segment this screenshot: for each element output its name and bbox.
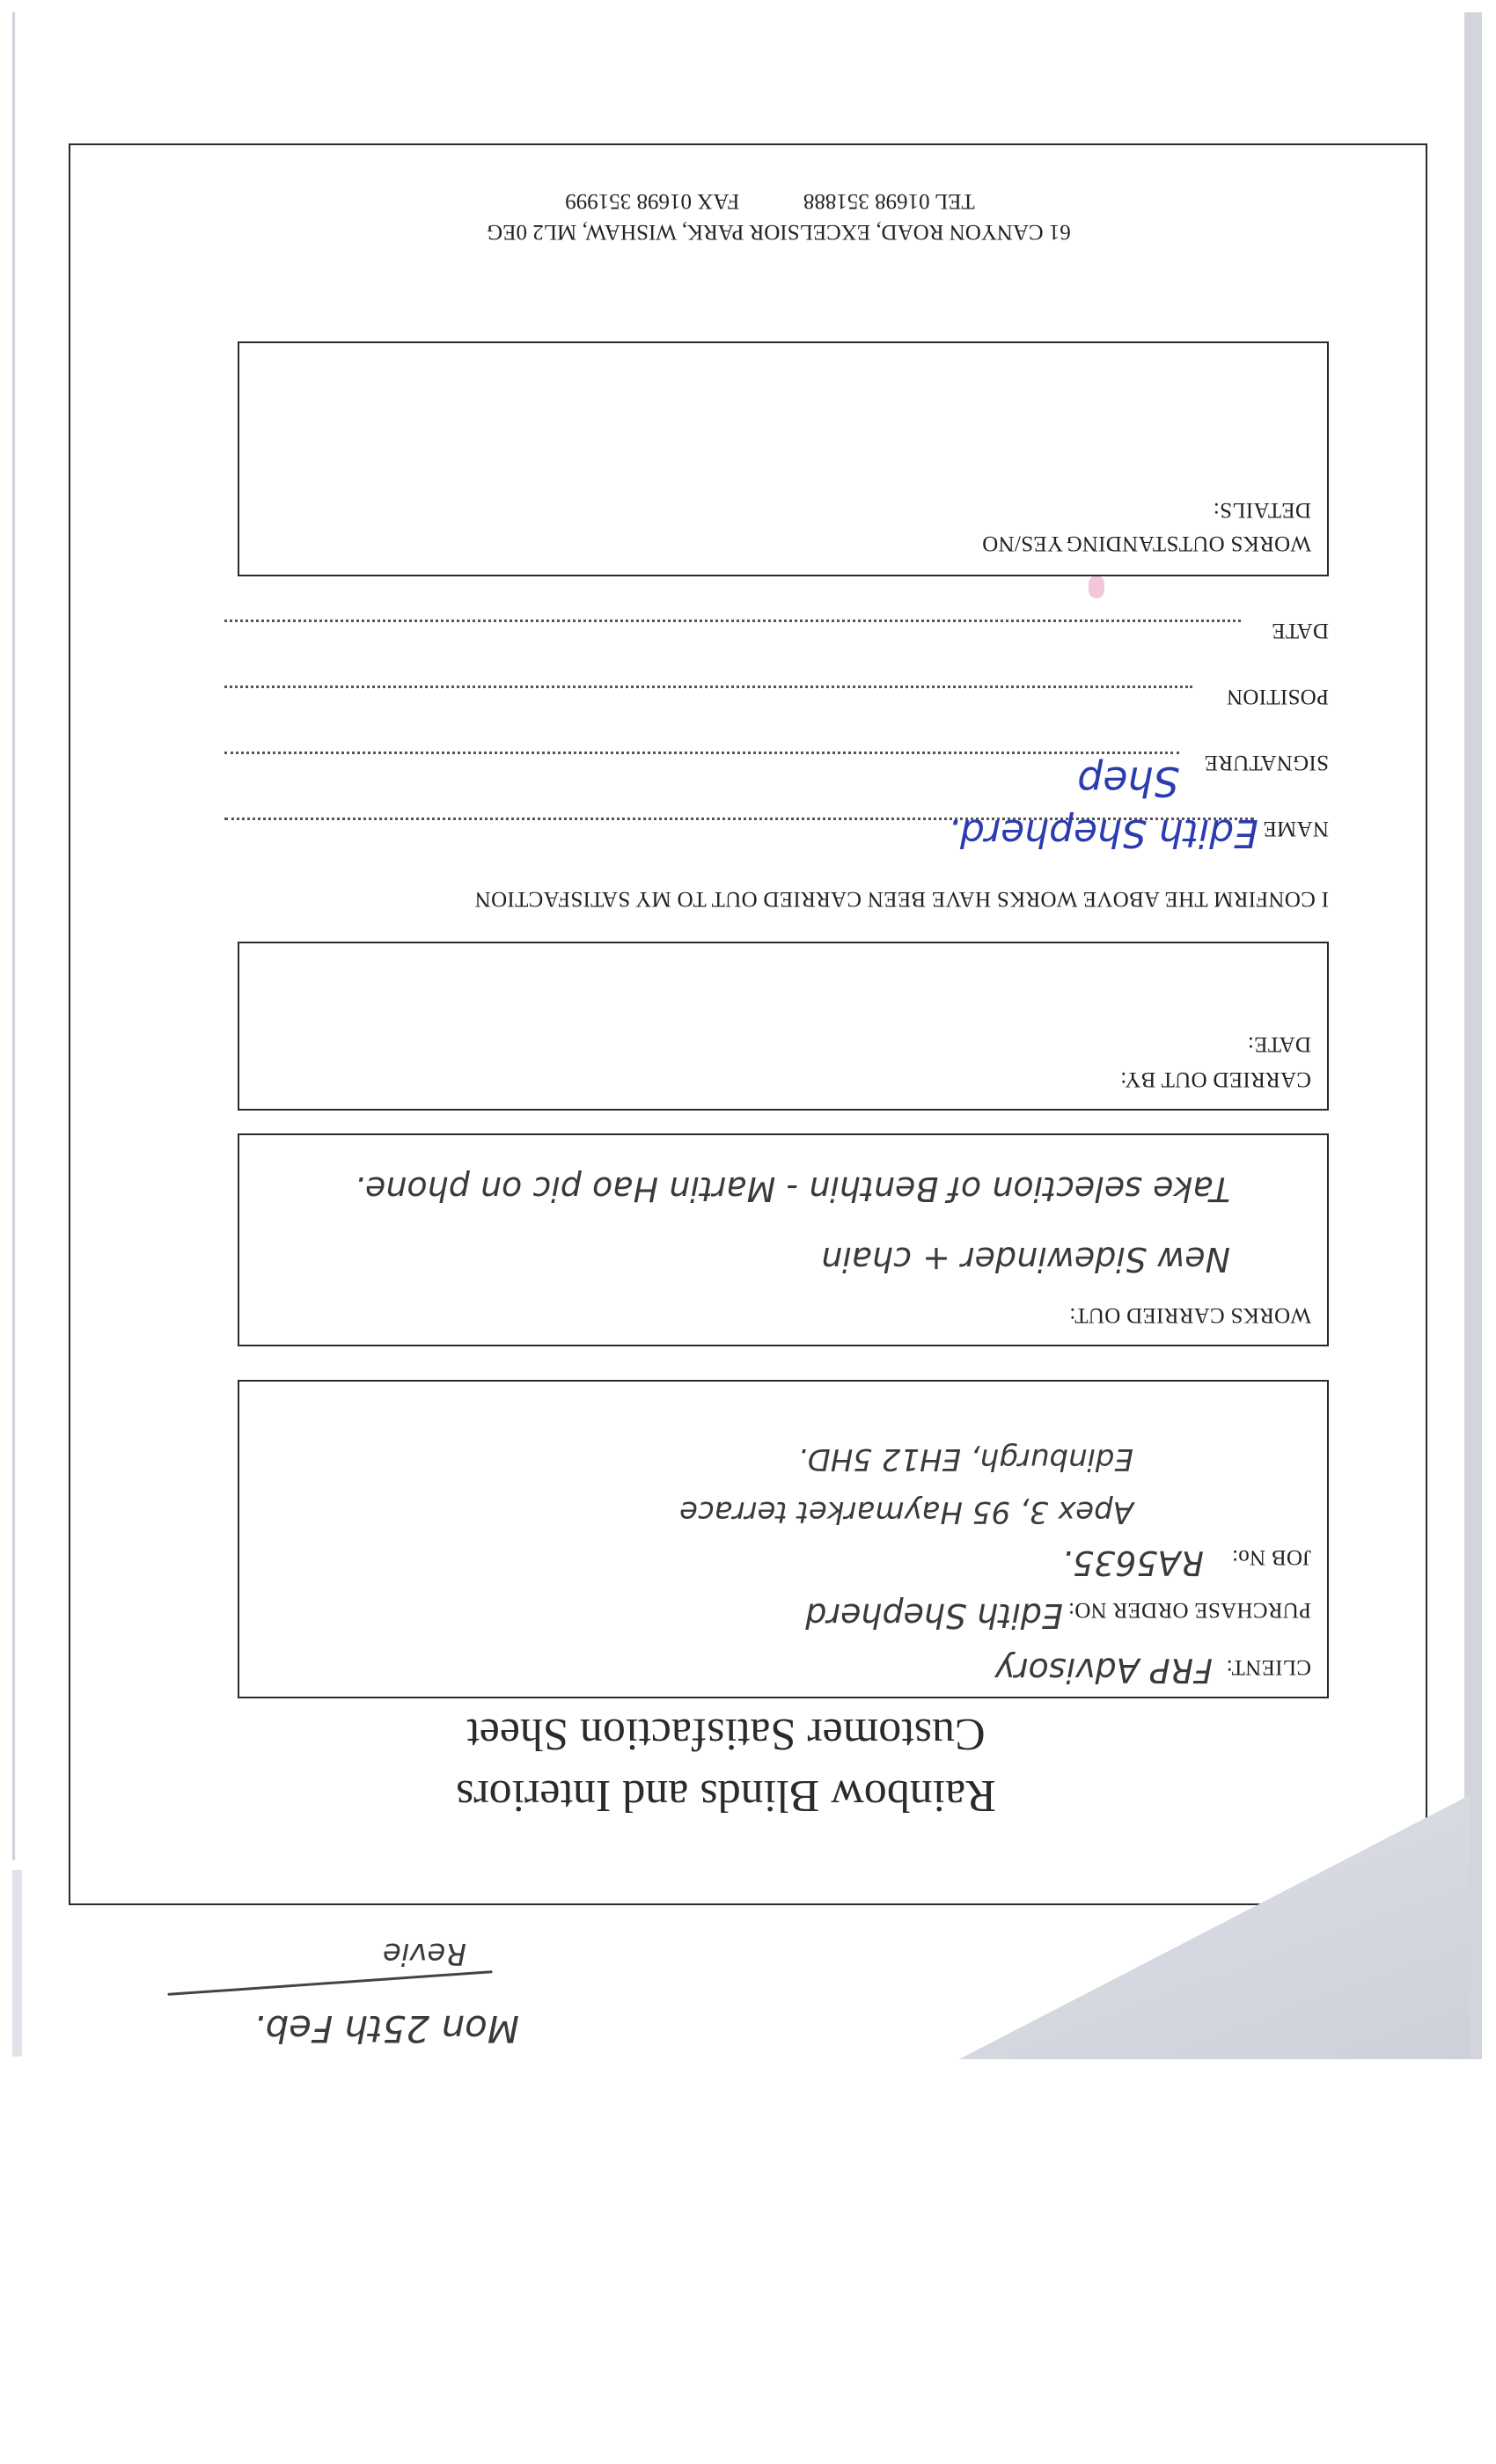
scan-edge-right	[1464, 12, 1482, 2059]
works-line-1: New Sidewinder + chain	[821, 1240, 1230, 1279]
scan-edge-left	[12, 12, 15, 1860]
signature-label: SIGNATURE	[1204, 750, 1329, 774]
carried-out-by-box: CARRIED OUT BY: DATE:	[238, 942, 1329, 1111]
client-label: CLIENT:	[1226, 1654, 1311, 1679]
footer-address: 61 CANYON ROAD, EXCELSIOR PARK, WISHAW, …	[53, 219, 1496, 244]
confirmation-statement: I CONFIRM THE ABOVE WORKS HAVE BEEN CARR…	[474, 886, 1329, 911]
scan-edge-left-lower	[12, 1870, 22, 2057]
signature-value: Shep	[1077, 758, 1179, 805]
purchase-order-value: Edith Shepherd	[805, 1596, 1063, 1635]
pink-ink-mark	[1089, 576, 1104, 598]
handwritten-underline	[167, 1970, 492, 1996]
works-carried-out-box: WORKS CARRIED OUT: New Sidewinder + chai…	[238, 1133, 1329, 1346]
client-value: FRP Advisory	[994, 1651, 1213, 1690]
form-title: Customer Satisfaction Sheet	[0, 1707, 1452, 1760]
carried-out-date-label: DATE:	[1248, 1031, 1311, 1056]
footer-contact: TEL 01698 351888 FAX 01698 351999	[0, 188, 1452, 213]
scanned-form-sheet: Mon 25th Feb. Revie Rainbow Blinds and I…	[0, 0, 1452, 2059]
works-outstanding-label: WORKS OUTSTANDING	[1066, 531, 1311, 555]
works-carried-out-label: WORKS CARRIED OUT:	[1069, 1302, 1311, 1327]
handwritten-name-note: Revie	[383, 1936, 466, 1971]
works-line-2: Take selection of Benthin - Martin Hao p…	[355, 1170, 1230, 1208]
carried-out-by-label: CARRIED OUT BY:	[1120, 1067, 1311, 1091]
position-label: POSITION	[1227, 684, 1329, 708]
company-name: Rainbow Blinds and Interiors	[0, 1769, 1452, 1822]
address-line-1: Apex 3, 95 Haymarket terrace	[679, 1494, 1133, 1529]
address-line-2: Edinburgh, EH12 5HD.	[798, 1441, 1133, 1477]
works-outstanding-yes-no: YES/NO	[982, 531, 1063, 555]
date-dotted-line	[224, 620, 1241, 622]
works-outstanding-box: WORKS OUTSTANDING YES/NO DETAILS:	[238, 341, 1329, 576]
details-label: DETAILS:	[1214, 497, 1312, 522]
name-value: Edith Shepherd.	[948, 810, 1258, 855]
signature-dotted-line	[224, 752, 1179, 754]
name-label: NAME	[1263, 816, 1329, 840]
purchase-order-label: PURCHASE ORDER NO:	[1068, 1597, 1311, 1622]
position-dotted-line	[224, 686, 1192, 688]
date-label: DATE	[1272, 618, 1329, 642]
handwritten-date-note: Mon 25th Feb.	[253, 2007, 519, 2050]
footer-tel: TEL 01698 351888	[803, 189, 975, 213]
job-no-value: RA5635.	[1062, 1544, 1204, 1582]
job-no-label: JOB No:	[1232, 1544, 1311, 1569]
client-details-box: CLIENT: FRP Advisory PURCHASE ORDER NO: …	[238, 1380, 1329, 1698]
footer-fax: FAX 01698 351999	[565, 189, 739, 213]
